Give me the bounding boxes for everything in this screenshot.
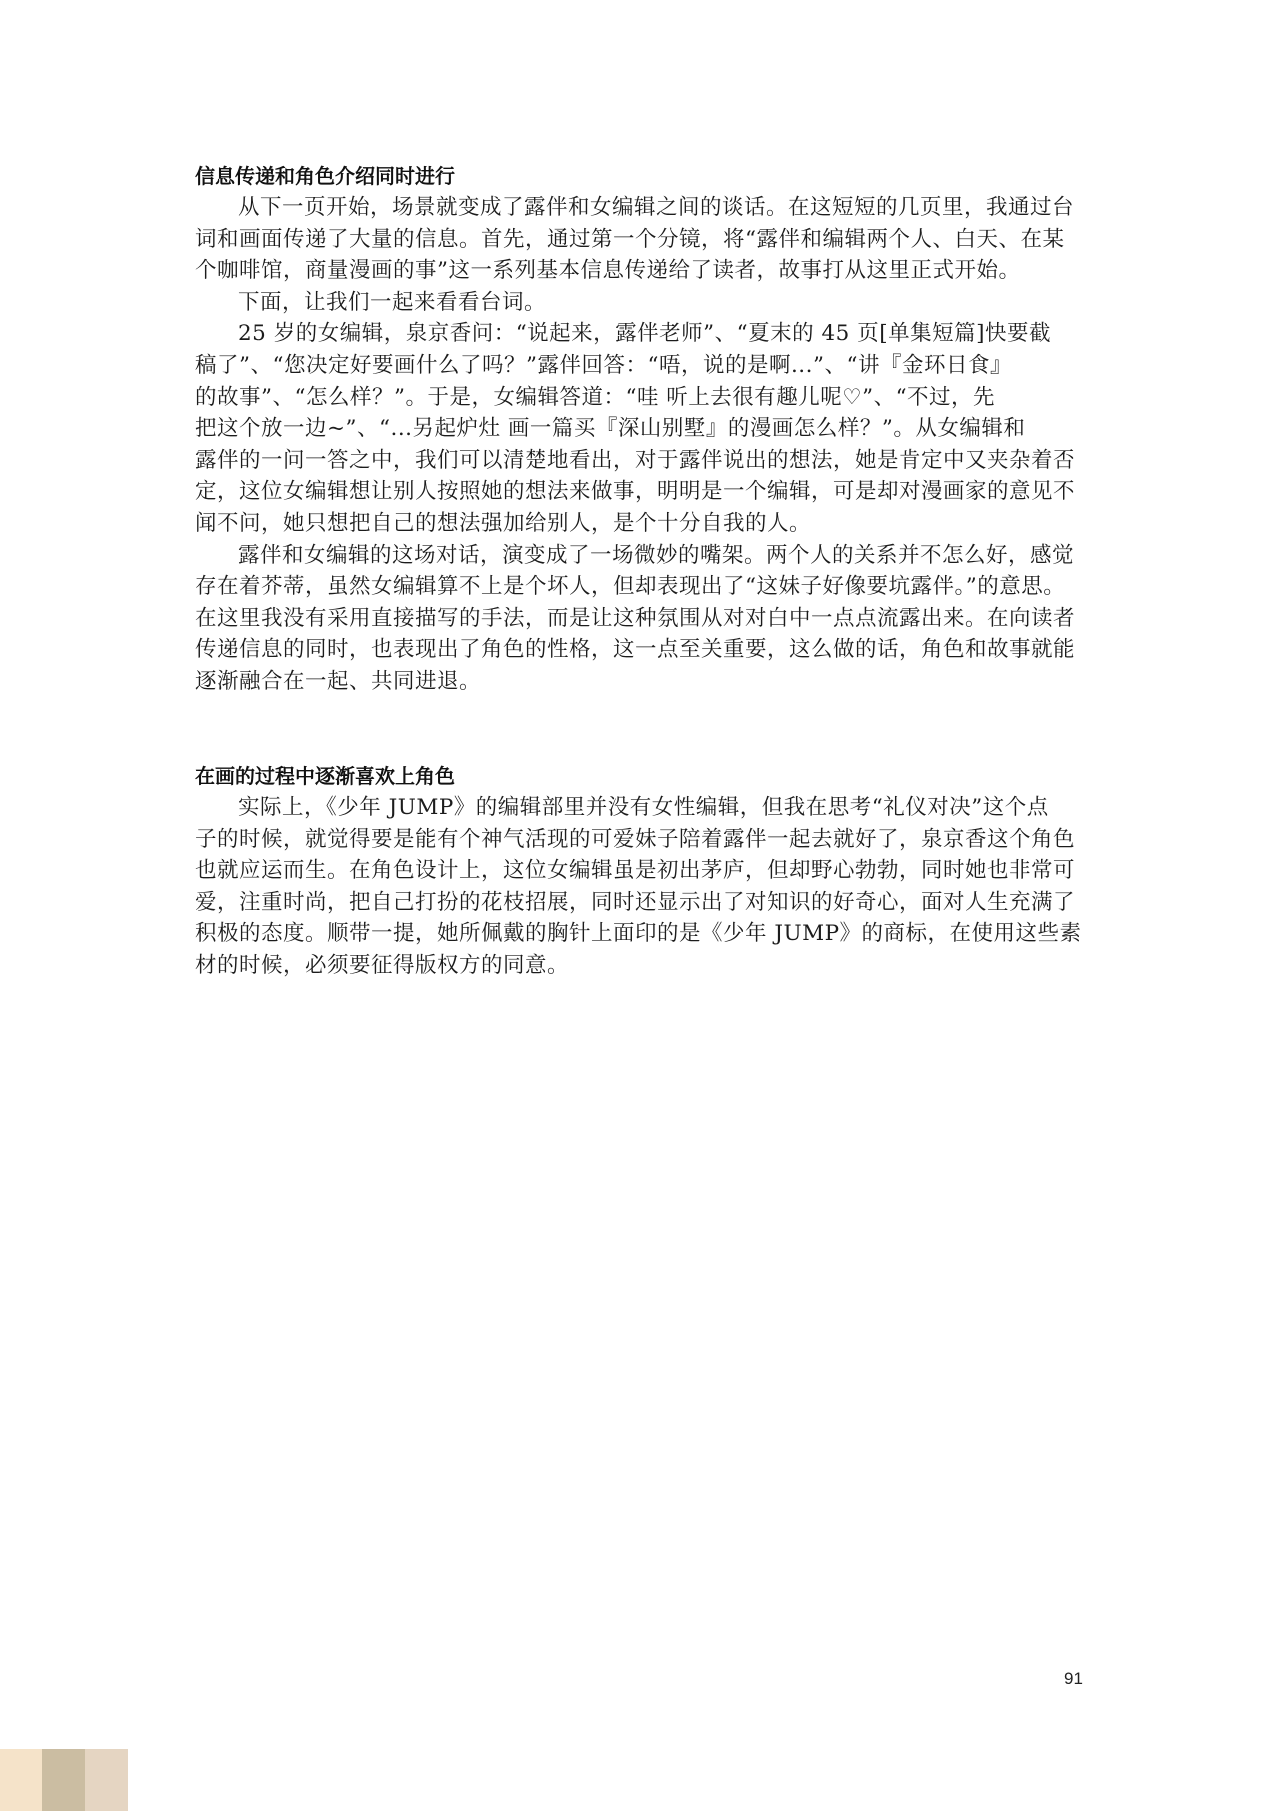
body-line: 个咖啡馆，商量漫画的事”这一系列基本信息传递给了读者，故事打从这里正式开始。 [195,255,1100,287]
section-growing-fond-of-character: 在画的过程中逐渐喜欢上角色 实际上，《少年 JUMP》的编辑部里并没有女性编辑，… [195,760,1100,982]
body-line: 子的时候，就觉得要是能有个神气活现的可爱妹子陪着露伴一起去就好了，泉京香这个角色 [195,824,1100,856]
body-line: 在这里我没有采用直接描写的手法，而是让这种氛围从对对白中一点点流露出来。在向读者 [195,603,1100,635]
body-line: 25 岁的女编辑，泉京香问：“说起来，露伴老师”、“夏末的 45 页[单集短篇]… [195,318,1100,350]
body-line: 把这个放一边~”、“...另起炉灶 画一篇买『深山别墅』的漫画怎么样？”。从女编… [195,413,1100,445]
body-line: 从下一页开始，场景就变成了露伴和女编辑之间的谈话。在这短短的几页里，我通过台 [195,192,1100,224]
decorative-color-block [0,1749,42,1811]
body-line: 逐渐融合在一起、共同进退。 [195,666,1100,698]
body-line: 存在着芥蒂，虽然女编辑算不上是个坏人，但却表现出了“这妹子好像要坑露伴。”的意思… [195,571,1100,603]
section-info-and-character: 信息传递和角色介绍同时进行 从下一页开始，场景就变成了露伴和女编辑之间的谈话。在… [195,160,1100,698]
body-line: 稿了”、“您决定好要画什么了吗？”露伴回答：“唔，说的是啊...”、“讲『金环日… [195,350,1100,382]
body-line: 下面，让我们一起来看看台词。 [195,287,1100,319]
body-line: 积极的态度。顺带一提，她所佩戴的胸针上面印的是《少年 JUMP》的商标，在使用这… [195,918,1100,950]
section-heading: 信息传递和角色介绍同时进行 [195,160,1100,192]
decorative-color-block [85,1749,128,1811]
body-line: 爱，注重时尚，把自己打扮的花枝招展，同时还显示出了对知识的好奇心，面对人生充满了 [195,887,1100,919]
page-number: 91 [1064,1669,1083,1689]
document-page: 信息传递和角色介绍同时进行 从下一页开始，场景就变成了露伴和女编辑之间的谈话。在… [0,0,1280,1811]
body-line: 的故事”、“怎么样？”。于是，女编辑答道：“哇 听上去很有趣儿呢♡”、“不过，先 [195,382,1100,414]
section-heading: 在画的过程中逐渐喜欢上角色 [195,760,1100,792]
body-line: 露伴和女编辑的这场对话，演变成了一场微妙的嘴架。两个人的关系并不怎么好，感觉 [195,540,1100,572]
body-line: 闻不问，她只想把自己的想法强加给别人，是个十分自我的人。 [195,508,1100,540]
body-line: 词和画面传递了大量的信息。首先，通过第一个分镜，将“露伴和编辑两个人、白天、在某 [195,224,1100,256]
body-line: 材的时候，必须要征得版权方的同意。 [195,950,1100,982]
body-line: 露伴的一问一答之中，我们可以清楚地看出，对于露伴说出的想法，她是肯定中又夹杂着否 [195,445,1100,477]
body-line: 定，这位女编辑想让别人按照她的想法来做事，明明是一个编辑，可是却对漫画家的意见不 [195,476,1100,508]
body-line: 也就应运而生。在角色设计上，这位女编辑虽是初出茅庐，但却野心勃勃，同时她也非常可 [195,855,1100,887]
decorative-color-block [42,1749,85,1811]
body-line: 实际上，《少年 JUMP》的编辑部里并没有女性编辑，但我在思考“礼仪对决”这个点 [195,792,1100,824]
body-line: 传递信息的同时，也表现出了角色的性格，这一点至关重要，这么做的话，角色和故事就能 [195,634,1100,666]
